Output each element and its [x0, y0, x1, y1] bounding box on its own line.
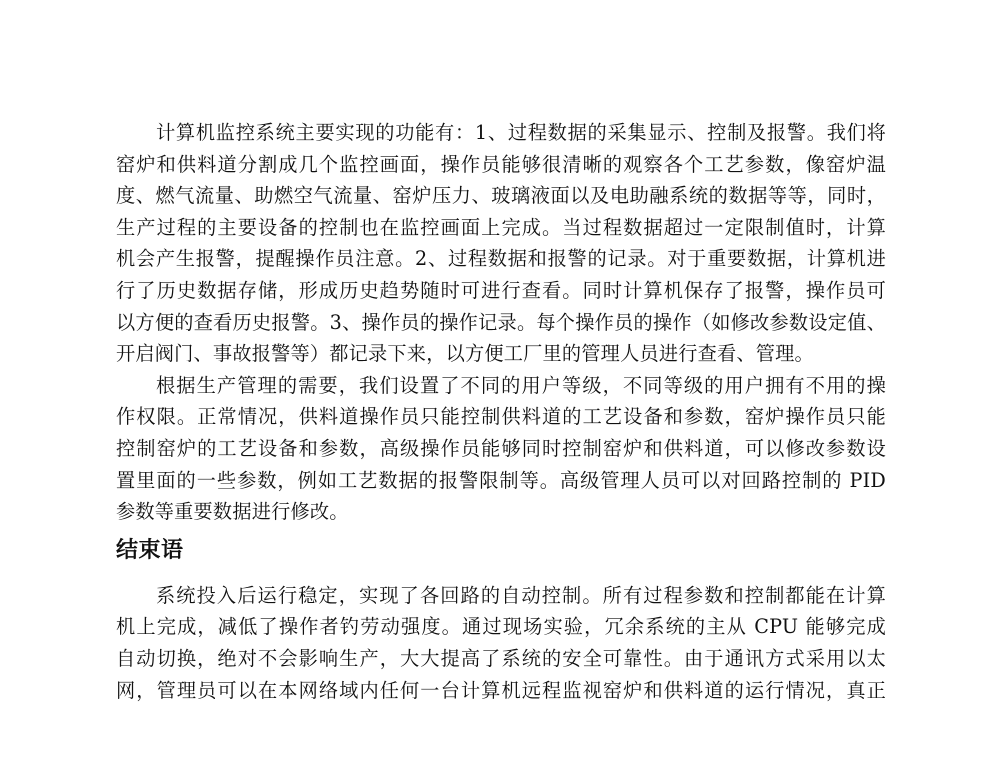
section-heading-conclusion: 结束语 — [116, 534, 886, 572]
paragraph-user-levels: 根据生产管理的需要，我们设置了不同的用户等级，不同等级的用户拥有不用的操 作权限… — [116, 370, 886, 528]
text-line: 作权限。正常情况，供料道操作员只能控制供料道的工艺设备和参数，窑炉操作员只能 — [116, 401, 886, 433]
text-line: 行了历史数据存储，形成历史趋势随时可进行查看。同时计算机保存了报警，操作员可 — [116, 275, 886, 307]
text-line: 机上完成，减低了操作者钓劳动强度。通过现场实验，冗余系统的主从 CPU 能够完成 — [116, 611, 886, 643]
text-line: 度、燃气流量、助燃空气流量、窑炉压力、玻璃液面以及电助融系统的数据等等，同时， — [116, 180, 886, 212]
text-line: 网，管理员可以在本网络域内任何一台计算机远程监视窑炉和供料道的运行情况，真正 — [116, 675, 886, 707]
document-page: 计算机监控系统主要实现的功能有：1、过程数据的采集显示、控制及报警。我们将 窑炉… — [116, 117, 886, 706]
text-line: 控制窑炉的工艺设备和参数，高级操作员能够同时控制窑炉和供料道，可以修改参数设 — [116, 433, 886, 465]
text-line: 置里面的一些参数，例如工艺数据的报警限制等。高级管理人员可以对回路控制的 PID — [116, 465, 886, 497]
text-line: 以方便的查看历史报警。3、操作员的操作记录。每个操作员的操作（如修改参数设定值、 — [116, 307, 886, 339]
text-line: 机会产生报警，提醒操作员注意。2、过程数据和报警的记录。对于重要数据，计算机进 — [116, 243, 886, 275]
text-line: 参数等重要数据进行修改。 — [116, 496, 886, 528]
text-line: 根据生产管理的需要，我们设置了不同的用户等级，不同等级的用户拥有不用的操 — [116, 370, 886, 402]
text-line: 生产过程的主要设备的控制也在监控画面上完成。当过程数据超过一定限制值时，计算 — [116, 212, 886, 244]
text-line: 系统投入后运行稳定，实现了各回路的自动控制。所有过程参数和控制都能在计算 — [116, 580, 886, 612]
text-line: 窑炉和供料道分割成几个监控画面，操作员能够很清晰的观察各个工艺参数，像窑炉温 — [116, 149, 886, 181]
paragraph-conclusion: 系统投入后运行稳定，实现了各回路的自动控制。所有过程参数和控制都能在计算 机上完… — [116, 580, 886, 706]
paragraph-functions: 计算机监控系统主要实现的功能有：1、过程数据的采集显示、控制及报警。我们将 窑炉… — [116, 117, 886, 370]
text-line: 自动切换，绝对不会影响生产，大大提高了系统的安全可靠性。由于通讯方式采用以太 — [116, 643, 886, 675]
text-line: 开启阀门、事故报警等）都记录下来，以方便工厂里的管理人员进行查看、管理。 — [116, 338, 886, 370]
text-line: 计算机监控系统主要实现的功能有：1、过程数据的采集显示、控制及报警。我们将 — [116, 117, 886, 149]
